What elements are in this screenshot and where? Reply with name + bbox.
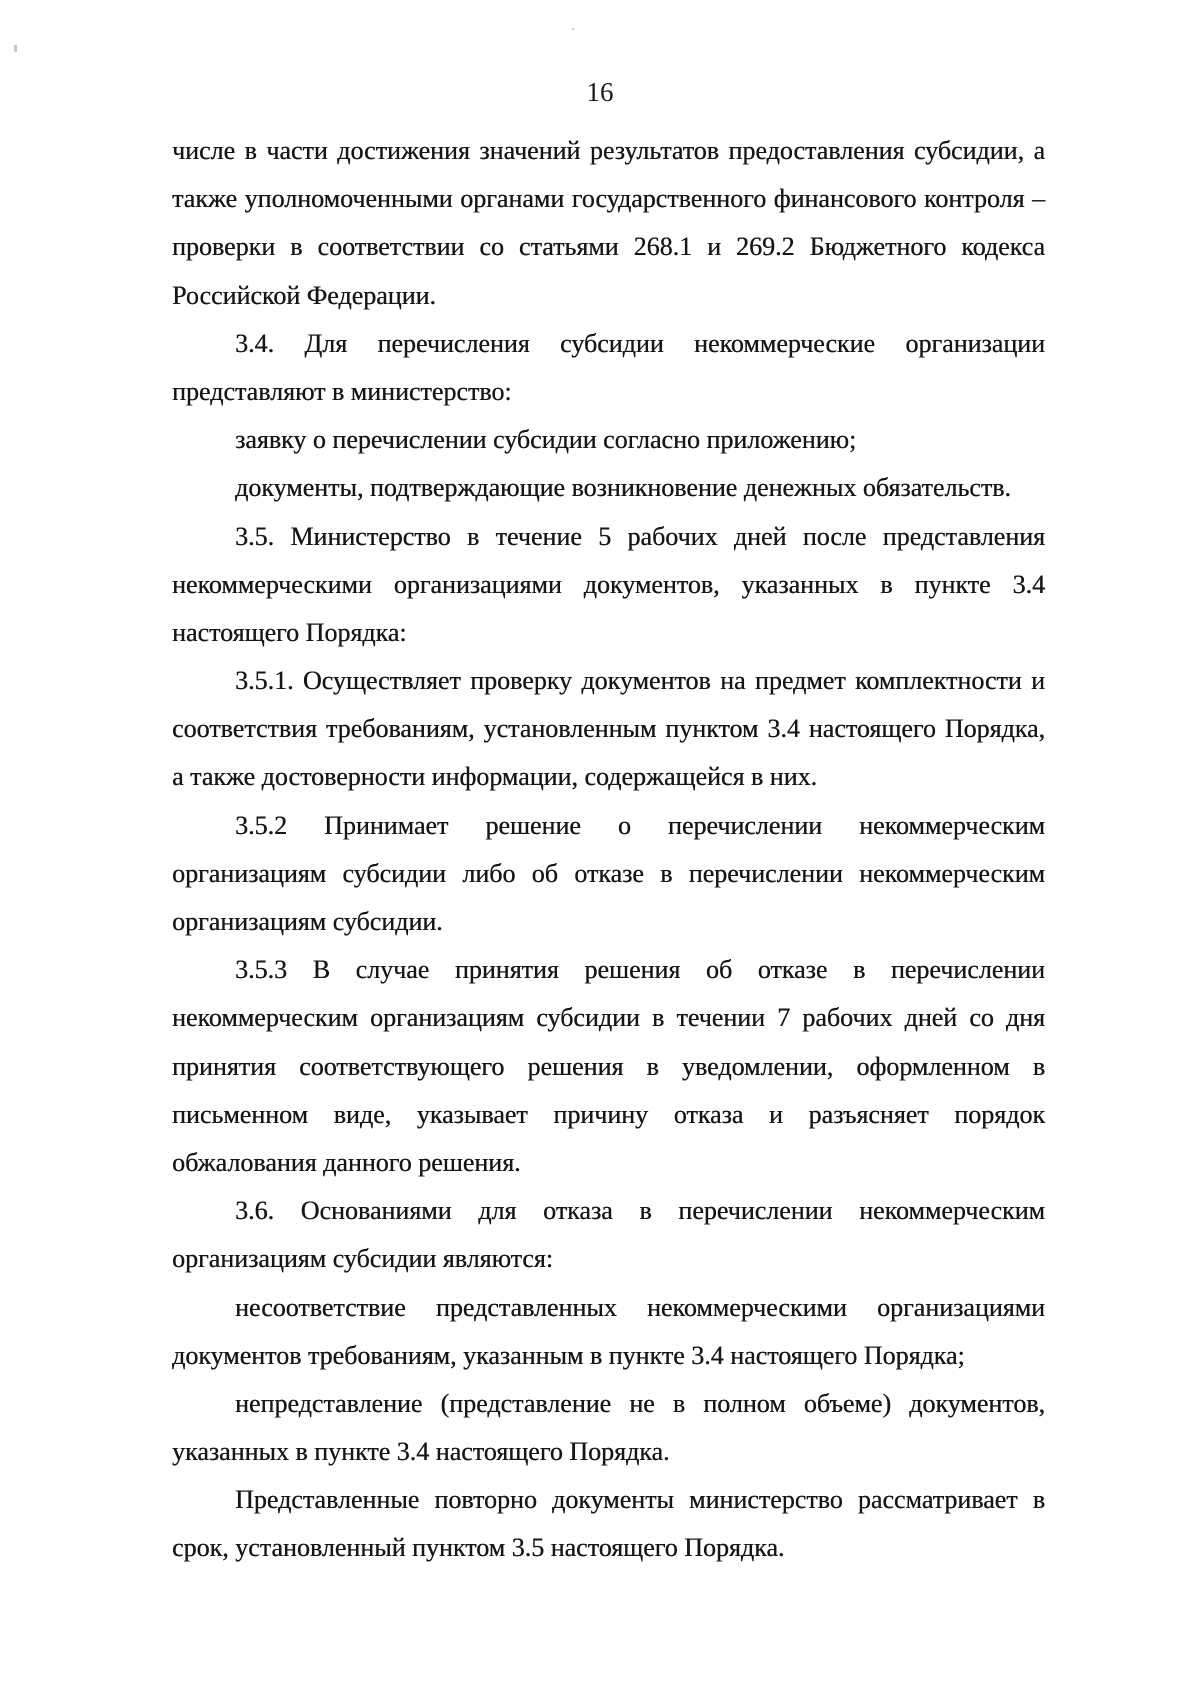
text-line: а также достоверности информации, содерж… — [172, 753, 1045, 801]
text-line: настоящего Порядка: — [172, 609, 1045, 657]
text-line: 3.5. Министерство в течение 5 рабочих дн… — [172, 513, 1045, 561]
text-line: заявку о перечислении субсидии согласно … — [172, 416, 1045, 464]
scan-artifact — [572, 28, 574, 30]
text-line: документы, подтверждающие возникновение … — [172, 464, 1045, 512]
text-line: срок, установленный пунктом 3.5 настояще… — [172, 1524, 1045, 1572]
text-line: обжалования данного решения. — [172, 1139, 1045, 1187]
text-line: некоммерческими организациями документов… — [172, 561, 1045, 609]
paragraph: 3.5.1. Осуществляет проверку документов … — [172, 657, 1045, 802]
text-line: некоммерческим организациям субсидии в т… — [172, 994, 1045, 1042]
paragraph: непредставление (представление не в полн… — [172, 1380, 1045, 1476]
text-line: организациям субсидии являются: — [172, 1235, 1045, 1283]
scan-artifact — [14, 45, 17, 52]
text-line: Представленные повторно документы минист… — [172, 1476, 1045, 1524]
text-line: 3.5.3 В случае принятия решения об отказ… — [172, 946, 1045, 994]
text-line: также уполномоченными органами государст… — [172, 175, 1045, 223]
paragraph: документы, подтверждающие возникновение … — [172, 464, 1045, 512]
paragraph: 3.6. Основаниями для отказа в перечислен… — [172, 1187, 1045, 1283]
text-line: 3.5.2 Принимает решение о перечислении н… — [172, 802, 1045, 850]
paragraph: числе в части достижения значений резуль… — [172, 127, 1045, 320]
text-line: организациям субсидии либо об отказе в п… — [172, 850, 1045, 898]
paragraph: несоответствие представленных некоммерче… — [172, 1284, 1045, 1380]
text-line: Российской Федерации. — [172, 272, 1045, 320]
text-line: числе в части достижения значений резуль… — [172, 127, 1045, 175]
text-line: организациям субсидии. — [172, 898, 1045, 946]
paragraph: 3.4. Для перечисления субсидии некоммерч… — [172, 320, 1045, 416]
text-line: указанных в пункте 3.4 настоящего Порядк… — [172, 1428, 1045, 1476]
text-line: документов требованиям, указанным в пунк… — [172, 1332, 1045, 1380]
text-line: принятия соответствующего решения в увед… — [172, 1043, 1045, 1091]
text-line: непредставление (представление не в полн… — [172, 1380, 1045, 1428]
text-line: представляют в министерство: — [172, 368, 1045, 416]
paragraph: заявку о перечислении субсидии согласно … — [172, 416, 1045, 464]
text-line: несоответствие представленных некоммерче… — [172, 1284, 1045, 1332]
text-line: 3.6. Основаниями для отказа в перечислен… — [172, 1187, 1045, 1235]
paragraph: 3.5.2 Принимает решение о перечислении н… — [172, 802, 1045, 947]
text-line: письменном виде, указывает причину отказ… — [172, 1091, 1045, 1139]
paragraph: 3.5.3 В случае принятия решения об отказ… — [172, 946, 1045, 1187]
paragraph: Представленные повторно документы минист… — [172, 1476, 1045, 1572]
text-line: соответствия требованиям, установленным … — [172, 705, 1045, 753]
document-page: 16 числе в части достижения значений рез… — [0, 0, 1200, 1686]
paragraph: 3.5. Министерство в течение 5 рабочих дн… — [172, 513, 1045, 658]
text-line: 3.5.1. Осуществляет проверку документов … — [172, 657, 1045, 705]
page-number: 16 — [0, 76, 1200, 108]
text-line: 3.4. Для перечисления субсидии некоммерч… — [172, 320, 1045, 368]
document-body: числе в части достижения значений резуль… — [172, 127, 1045, 1573]
text-line: проверки в соответствии со статьями 268.… — [172, 223, 1045, 271]
